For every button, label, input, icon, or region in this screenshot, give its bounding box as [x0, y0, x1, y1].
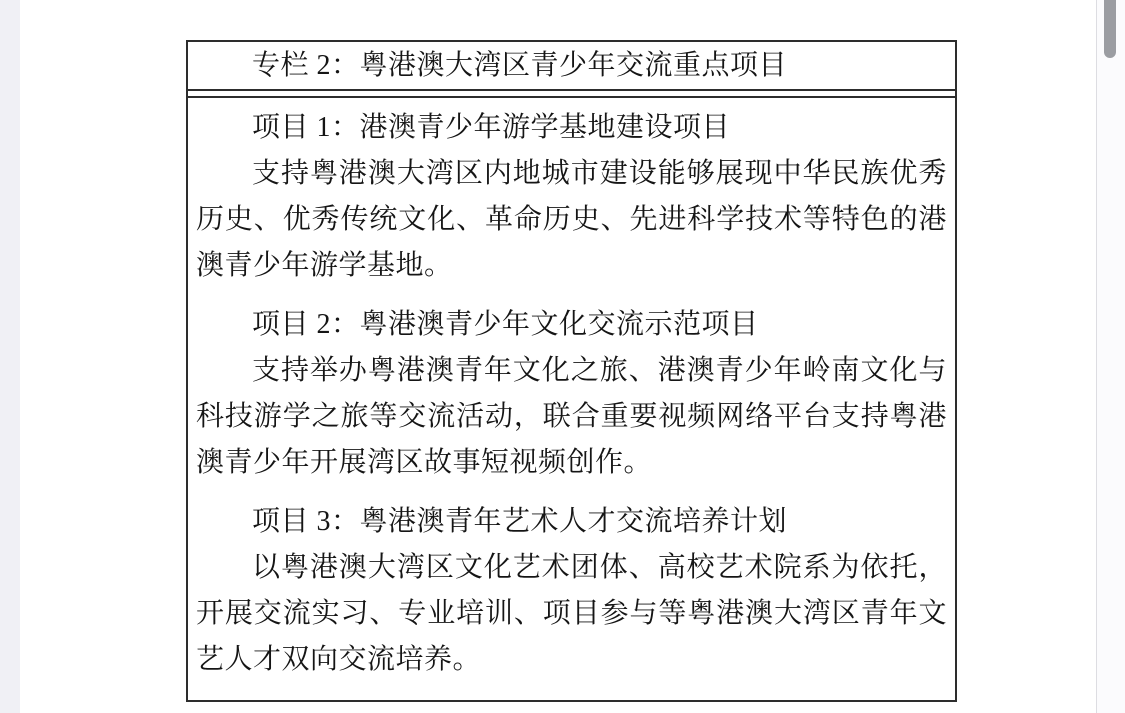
project-section-2: 项目 2：粤港澳青少年文化交流示范项目 支持举办粤港澳青年文化之旅、港澳青少年岭…: [196, 302, 947, 486]
panel-title: 专栏 2：粤港澳大湾区青少年交流重点项目: [196, 51, 787, 81]
scrollbar-thumb[interactable]: [1104, 0, 1116, 58]
panel-header: 专栏 2：粤港澳大湾区青少年交流重点项目: [188, 42, 955, 91]
viewer-left-edge: [0, 0, 20, 713]
section-heading: 项目 1：港澳青少年游学基地建设项目: [196, 105, 947, 151]
project-section-3: 项目 3：粤港澳青年艺术人才交流培养计划 以粤港澳大湾区文化艺术团体、高校艺术院…: [196, 499, 947, 683]
section-body: 以粤港澳大湾区文化艺术团体、高校艺术院系为依托，开展交流实习、专业培训、项目参与…: [196, 545, 947, 683]
document-viewport: 专栏 2：粤港澳大湾区青少年交流重点项目 项目 1：港澳青少年游学基地建设项目 …: [0, 0, 1125, 713]
section-heading: 项目 2：粤港澳青少年文化交流示范项目: [196, 302, 947, 348]
scrollbar[interactable]: [1096, 0, 1125, 713]
section-body: 支持粤港澳大湾区内地城市建设能够展现中华民族优秀历史、优秀传统文化、革命历史、先…: [196, 151, 947, 289]
section-body: 支持举办粤港澳青年文化之旅、港澳青少年岭南文化与科技游学之旅等交流活动，联合重要…: [196, 348, 947, 486]
panel-body: 项目 1：港澳青少年游学基地建设项目 支持粤港澳大湾区内地城市建设能够展现中华民…: [188, 96, 955, 683]
column-panel: 专栏 2：粤港澳大湾区青少年交流重点项目 项目 1：港澳青少年游学基地建设项目 …: [186, 40, 957, 702]
section-heading: 项目 3：粤港澳青年艺术人才交流培养计划: [196, 499, 947, 545]
project-section-1: 项目 1：港澳青少年游学基地建设项目 支持粤港澳大湾区内地城市建设能够展现中华民…: [196, 105, 947, 289]
